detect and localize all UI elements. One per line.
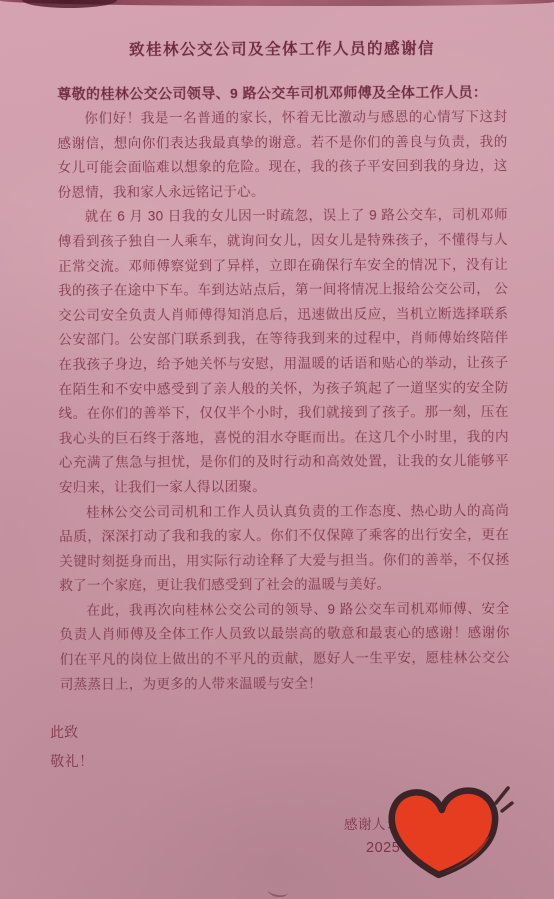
letter-paragraph-4: 在此，我再次向桂林公交公司的领导、9 路公交车司机邓师傅、安全负责人肖师傅及全体… [59, 597, 509, 697]
letter-title: 致桂林公交公司及全体工作人员的感谢信 [57, 36, 507, 60]
letter-photo: 致桂林公交公司及全体工作人员的感谢信 尊敬的桂林公交公司领导、9 路公交车司机邓… [0, 0, 554, 899]
heart-shape [390, 788, 496, 877]
letter-salutation: 尊敬的桂林公交公司领导、9 路公交车司机邓师傅及全体工作人员： [57, 79, 507, 107]
letter-paragraph-1: 你们好！我是一名普通的家长，怀着无比激动与感恩的心情写下这封感谢信，想向你们表达… [57, 105, 507, 205]
letter-closing: 此致 [50, 717, 510, 746]
sparkle-dash-long [496, 788, 508, 803]
letter-paragraph-3: 桂林公交公司司机和工作人员认真负责的工作态度、热心助人的高尚品质，深深打动了我和… [59, 499, 509, 599]
letter-salute: 敬礼！ [50, 746, 510, 775]
letter-body: 致桂林公交公司及全体工作人员的感谢信 尊敬的桂林公交公司领导、9 路公交车司机邓… [57, 36, 510, 775]
paper-top-edge-shadow [22, 0, 117, 8]
heart-sticker-icon [382, 779, 518, 887]
smudge-mark [267, 885, 288, 899]
letter-paragraph-2: 就在 6 月 30 日我的女儿因一时疏忽，误上了 9 路公交车，司机邓师傅看到孩… [58, 203, 509, 500]
sparkle-dash-short [502, 803, 512, 811]
heart-sticker-svg [382, 779, 518, 887]
